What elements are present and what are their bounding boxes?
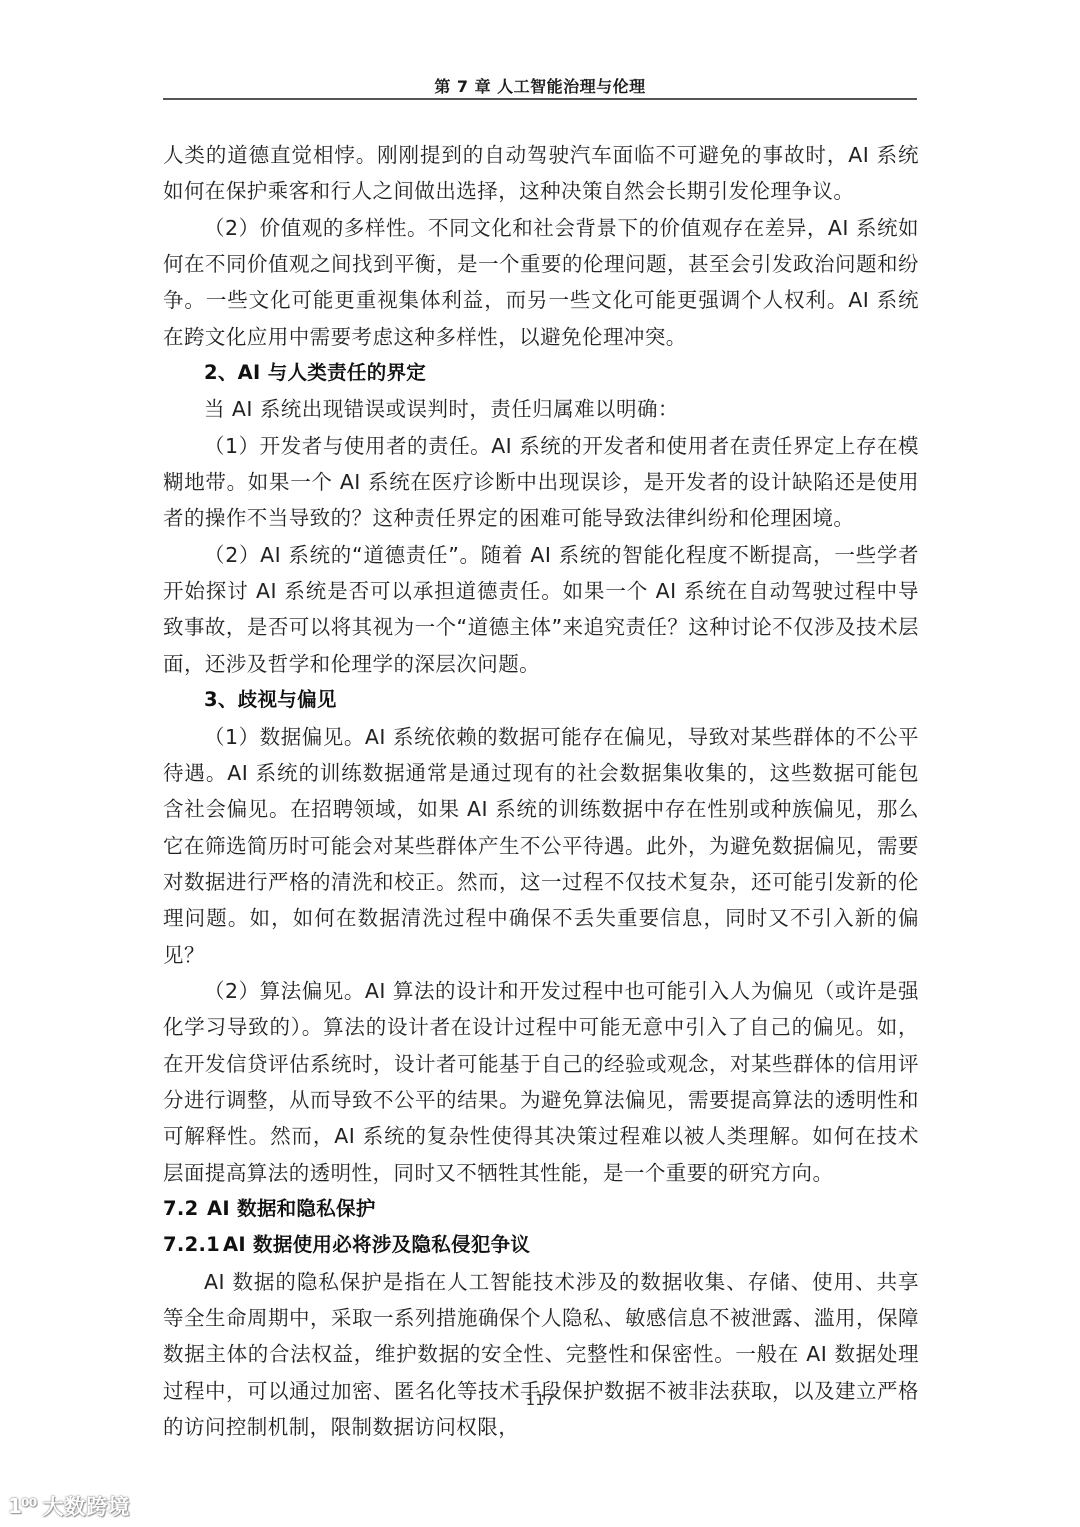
- section-heading-7-2: 7.2AI 数据和隐私保护: [163, 1191, 919, 1227]
- page-body: 人类的道德直觉相悖。刚刚提到的自动驾驶汽车面临不可避免的事故时，AI 系统如何在…: [163, 137, 919, 1445]
- running-header: 第 7 章 人工智能治理与伦理: [163, 74, 917, 100]
- paragraph-data-bias: （1）数据偏见。AI 系统依赖的数据可能存在偏见，导致对某些群体的不公平待遇。A…: [163, 719, 919, 973]
- section-title: AI 数据使用必将涉及隐私侵犯争议: [223, 1233, 530, 1256]
- section-title: AI 数据和隐私保护: [207, 1197, 376, 1220]
- heading-discrimination-bias: 3、歧视与偏见: [163, 682, 919, 718]
- paragraph-value-diversity: （2）价值观的多样性。不同文化和社会背景下的价值观存在差异，AI 系统如何在不同…: [163, 210, 919, 355]
- heading-ai-human-responsibility: 2、AI 与人类责任的界定: [163, 355, 919, 391]
- watermark: 1⁰⁰ 大数跨境: [8, 1491, 130, 1521]
- paragraph-continuation: 人类的道德直觉相悖。刚刚提到的自动驾驶汽车面临不可避免的事故时，AI 系统如何在…: [163, 137, 919, 210]
- paragraph-moral-responsibility: （2）AI 系统的“道德责任”。随着 AI 系统的智能化程度不断提高，一些学者开…: [163, 537, 919, 682]
- section-heading-7-2-1: 7.2.1AI 数据使用必将涉及隐私侵犯争议: [163, 1227, 919, 1263]
- header-rule: [163, 98, 917, 100]
- paragraph-developer-user-responsibility: （1）开发者与使用者的责任。AI 系统的开发者和使用者在责任界定上存在模糊地带。…: [163, 428, 919, 537]
- section-number: 7.2: [163, 1191, 207, 1227]
- section-number: 7.2.1: [163, 1227, 223, 1263]
- paragraph-algorithm-bias: （2）算法偏见。AI 算法的设计和开发过程中也可能引入人为偏见（或许是强化学习导…: [163, 973, 919, 1191]
- paragraph-privacy-protection: AI 数据的隐私保护是指在人工智能技术涉及的数据收集、存储、使用、共享等全生命周…: [163, 1264, 919, 1446]
- chapter-title: 第 7 章 人工智能治理与伦理: [434, 77, 645, 96]
- paragraph-responsibility-intro: 当 AI 系统出现错误或误判时，责任归属难以明确：: [163, 391, 919, 427]
- page-number: 117: [0, 1391, 1080, 1409]
- watermark-text: 大数跨境: [42, 1491, 130, 1521]
- watermark-logo-icon: 1⁰⁰: [8, 1494, 36, 1518]
